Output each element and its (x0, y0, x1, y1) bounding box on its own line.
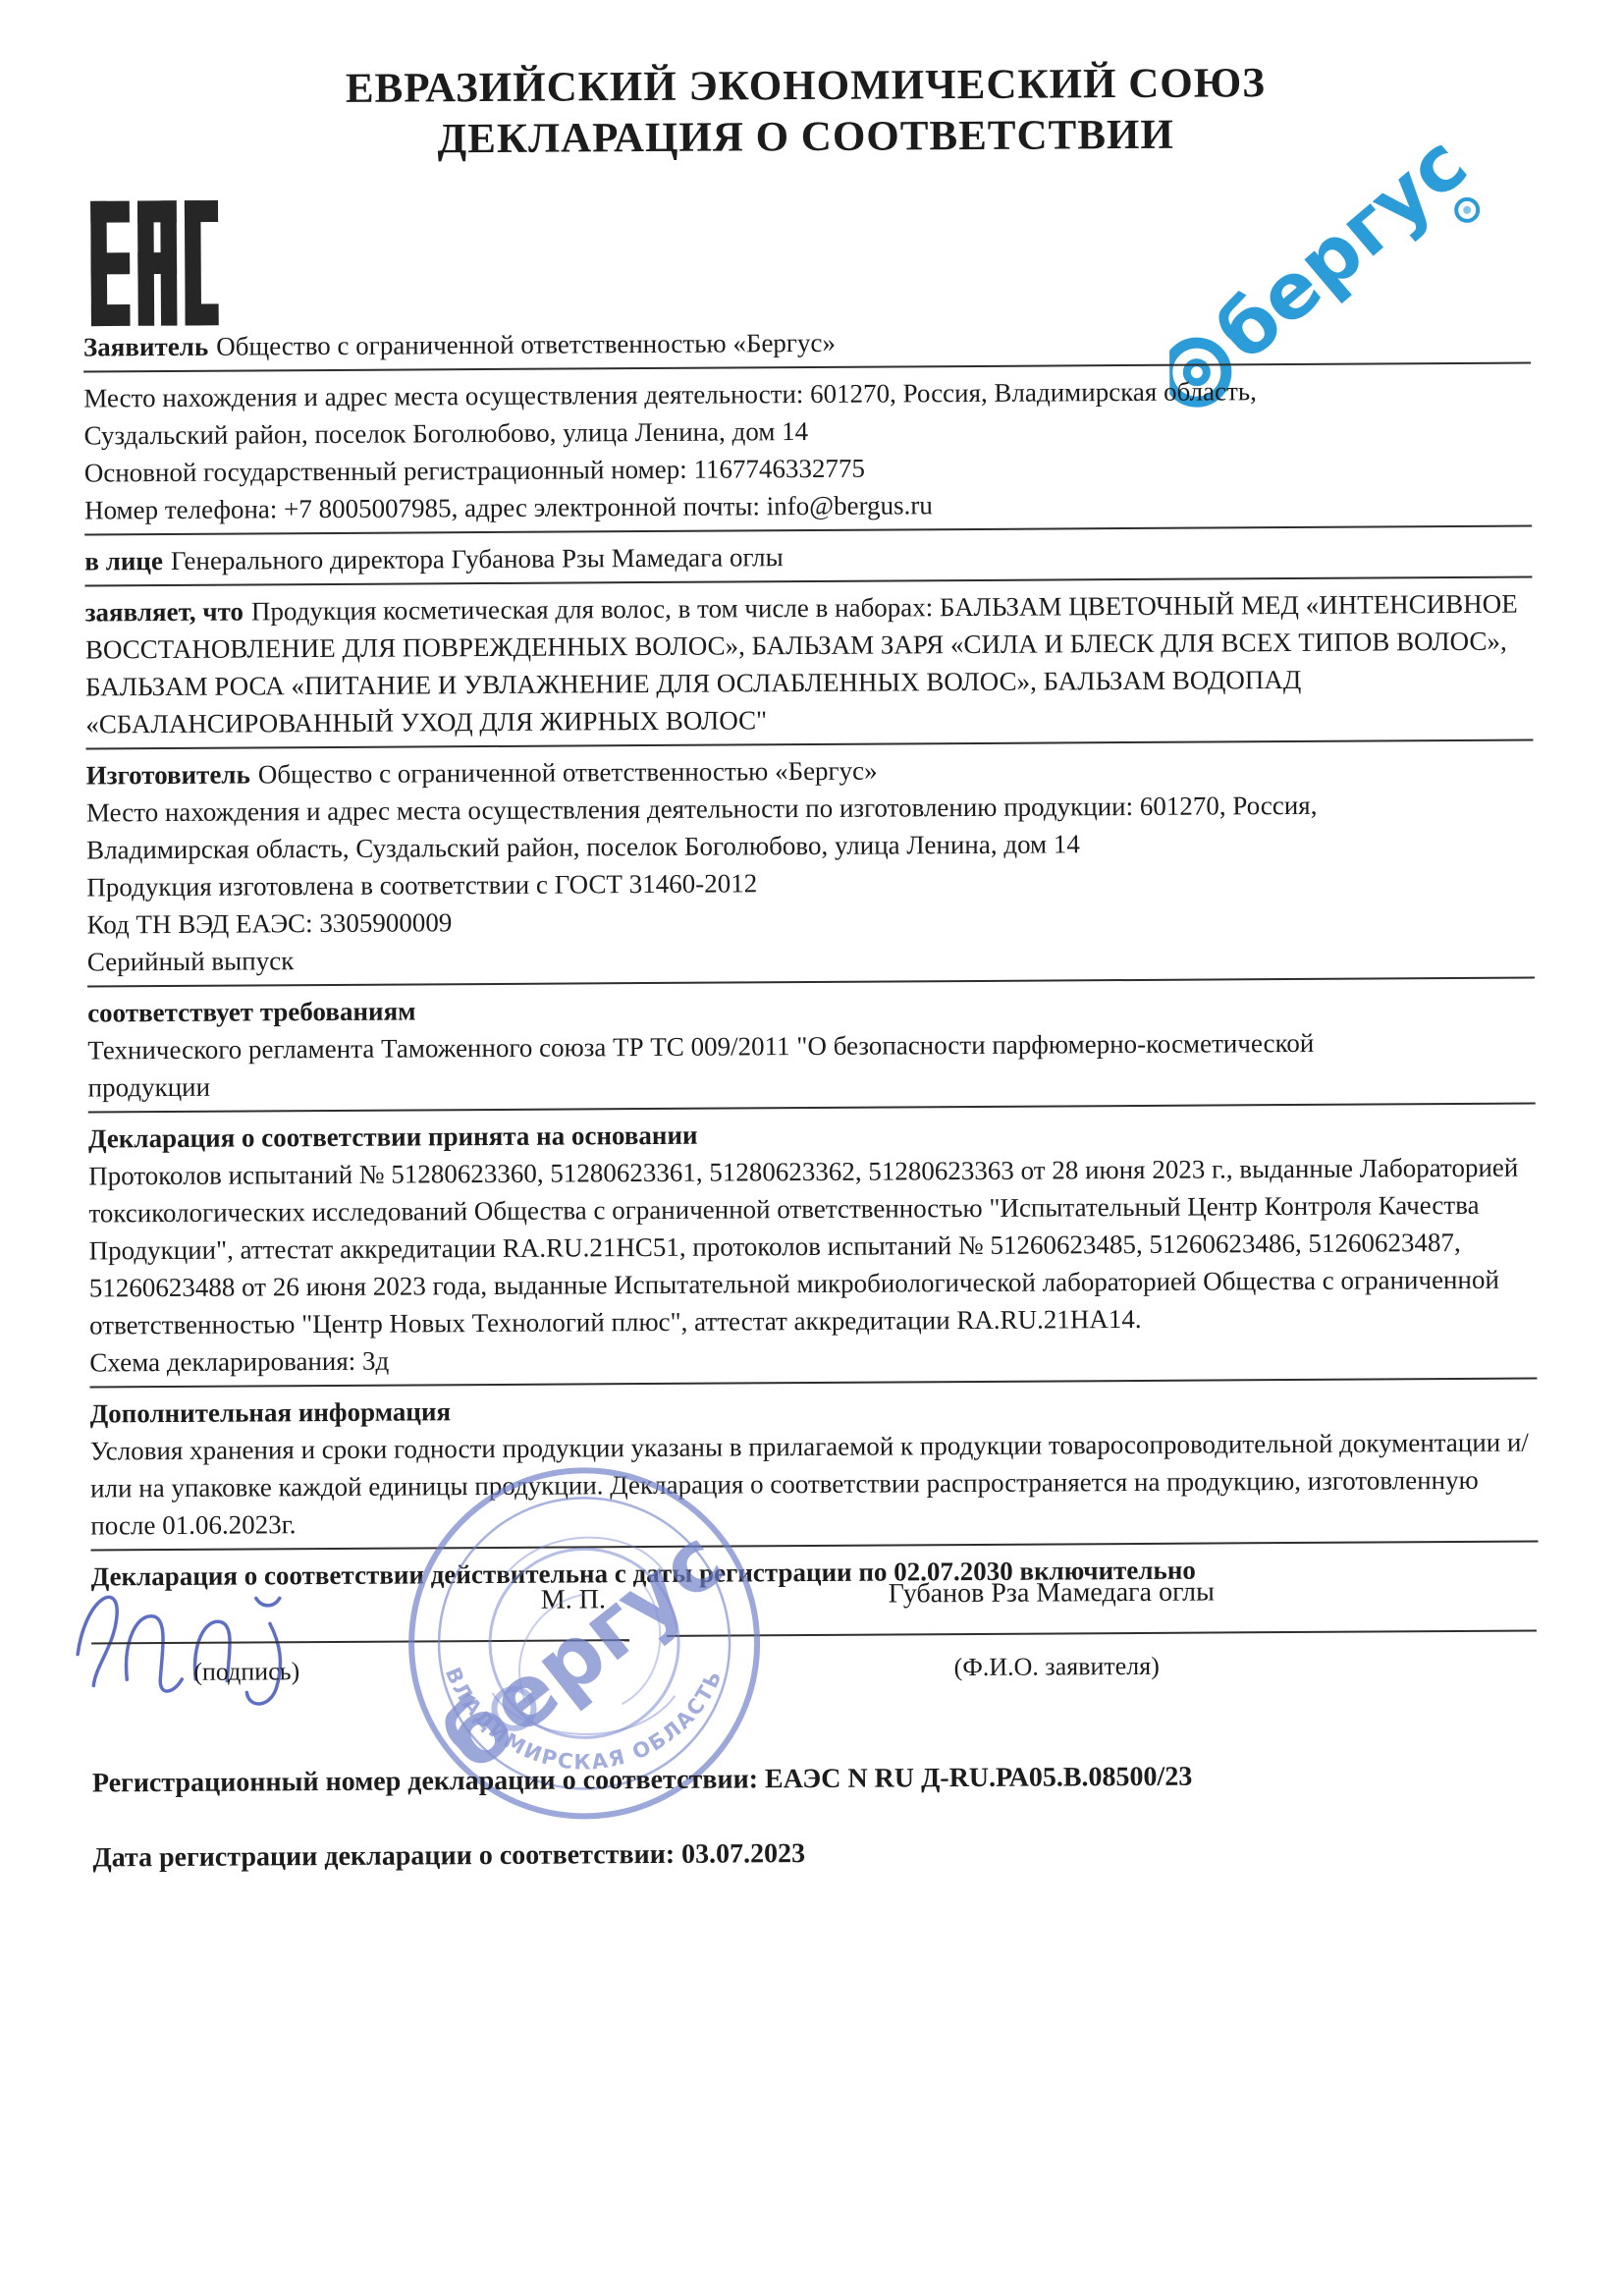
declares-label: заявляет, что (85, 597, 244, 628)
in-person-row: в лицеГенерального директора Губанова Рз… (84, 534, 1532, 580)
signature-caption: (подпись) (129, 1657, 364, 1687)
signer-name-caption: (Ф.И.О. заявителя) (894, 1651, 1218, 1682)
applicant-name: Общество с ограниченной ответственностью… (216, 328, 836, 361)
eac-mark-icon (90, 200, 219, 327)
protocols-paragraph: Протоколов испытаний № 51280623360, 5128… (88, 1148, 1537, 1343)
scheme-line: Схема декларирования: 3д (89, 1335, 1537, 1381)
signer-name: Губанов Рза Мамедага оглы (816, 1576, 1287, 1611)
applicant-phone-line: Номер телефона: +7 8005007985, адрес эле… (84, 483, 1532, 529)
in-person-label: в лице (84, 546, 163, 575)
declares-paragraph: заявляет, чтоПродукция косметическая для… (85, 585, 1534, 743)
document-body: ЗаявительОбщество с ограниченной ответст… (83, 320, 1539, 1596)
applicant-label: Заявитель (83, 332, 208, 362)
applicant-row: ЗаявительОбщество с ограниченной ответст… (83, 320, 1531, 366)
registered-trademark-icon (1453, 196, 1481, 224)
scanned-sheet: ЕВРАЗИЙСКИЙ ЭКОНОМИЧЕСКИЙ СОЮЗ ДЕКЛАРАЦИ… (0, 0, 1624, 2296)
in-person-text: Генерального директора Губанова Рзы Маме… (171, 542, 784, 575)
declaration-document: ЕВРАЗИЙСКИЙ ЭКОНОМИЧЕСКИЙ СОЮЗ ДЕКЛАРАЦИ… (0, 0, 1624, 2296)
stamp-place-label: М. П. (541, 1584, 606, 1615)
signer-name-line (667, 1630, 1537, 1637)
manufacturer-name: Общество с ограниченной ответственностью… (258, 756, 878, 790)
registration-date-line: Дата регистрации декларации о соответств… (92, 1838, 805, 1874)
manufacturer-label: Изготовитель (86, 759, 250, 790)
storage-paragraph: Условия хранения и сроки годности продук… (90, 1423, 1539, 1544)
registration-number-line: Регистрационный номер декларации о соотв… (92, 1762, 1193, 1800)
declares-text: Продукция косметическая для волос, в том… (85, 589, 1518, 739)
